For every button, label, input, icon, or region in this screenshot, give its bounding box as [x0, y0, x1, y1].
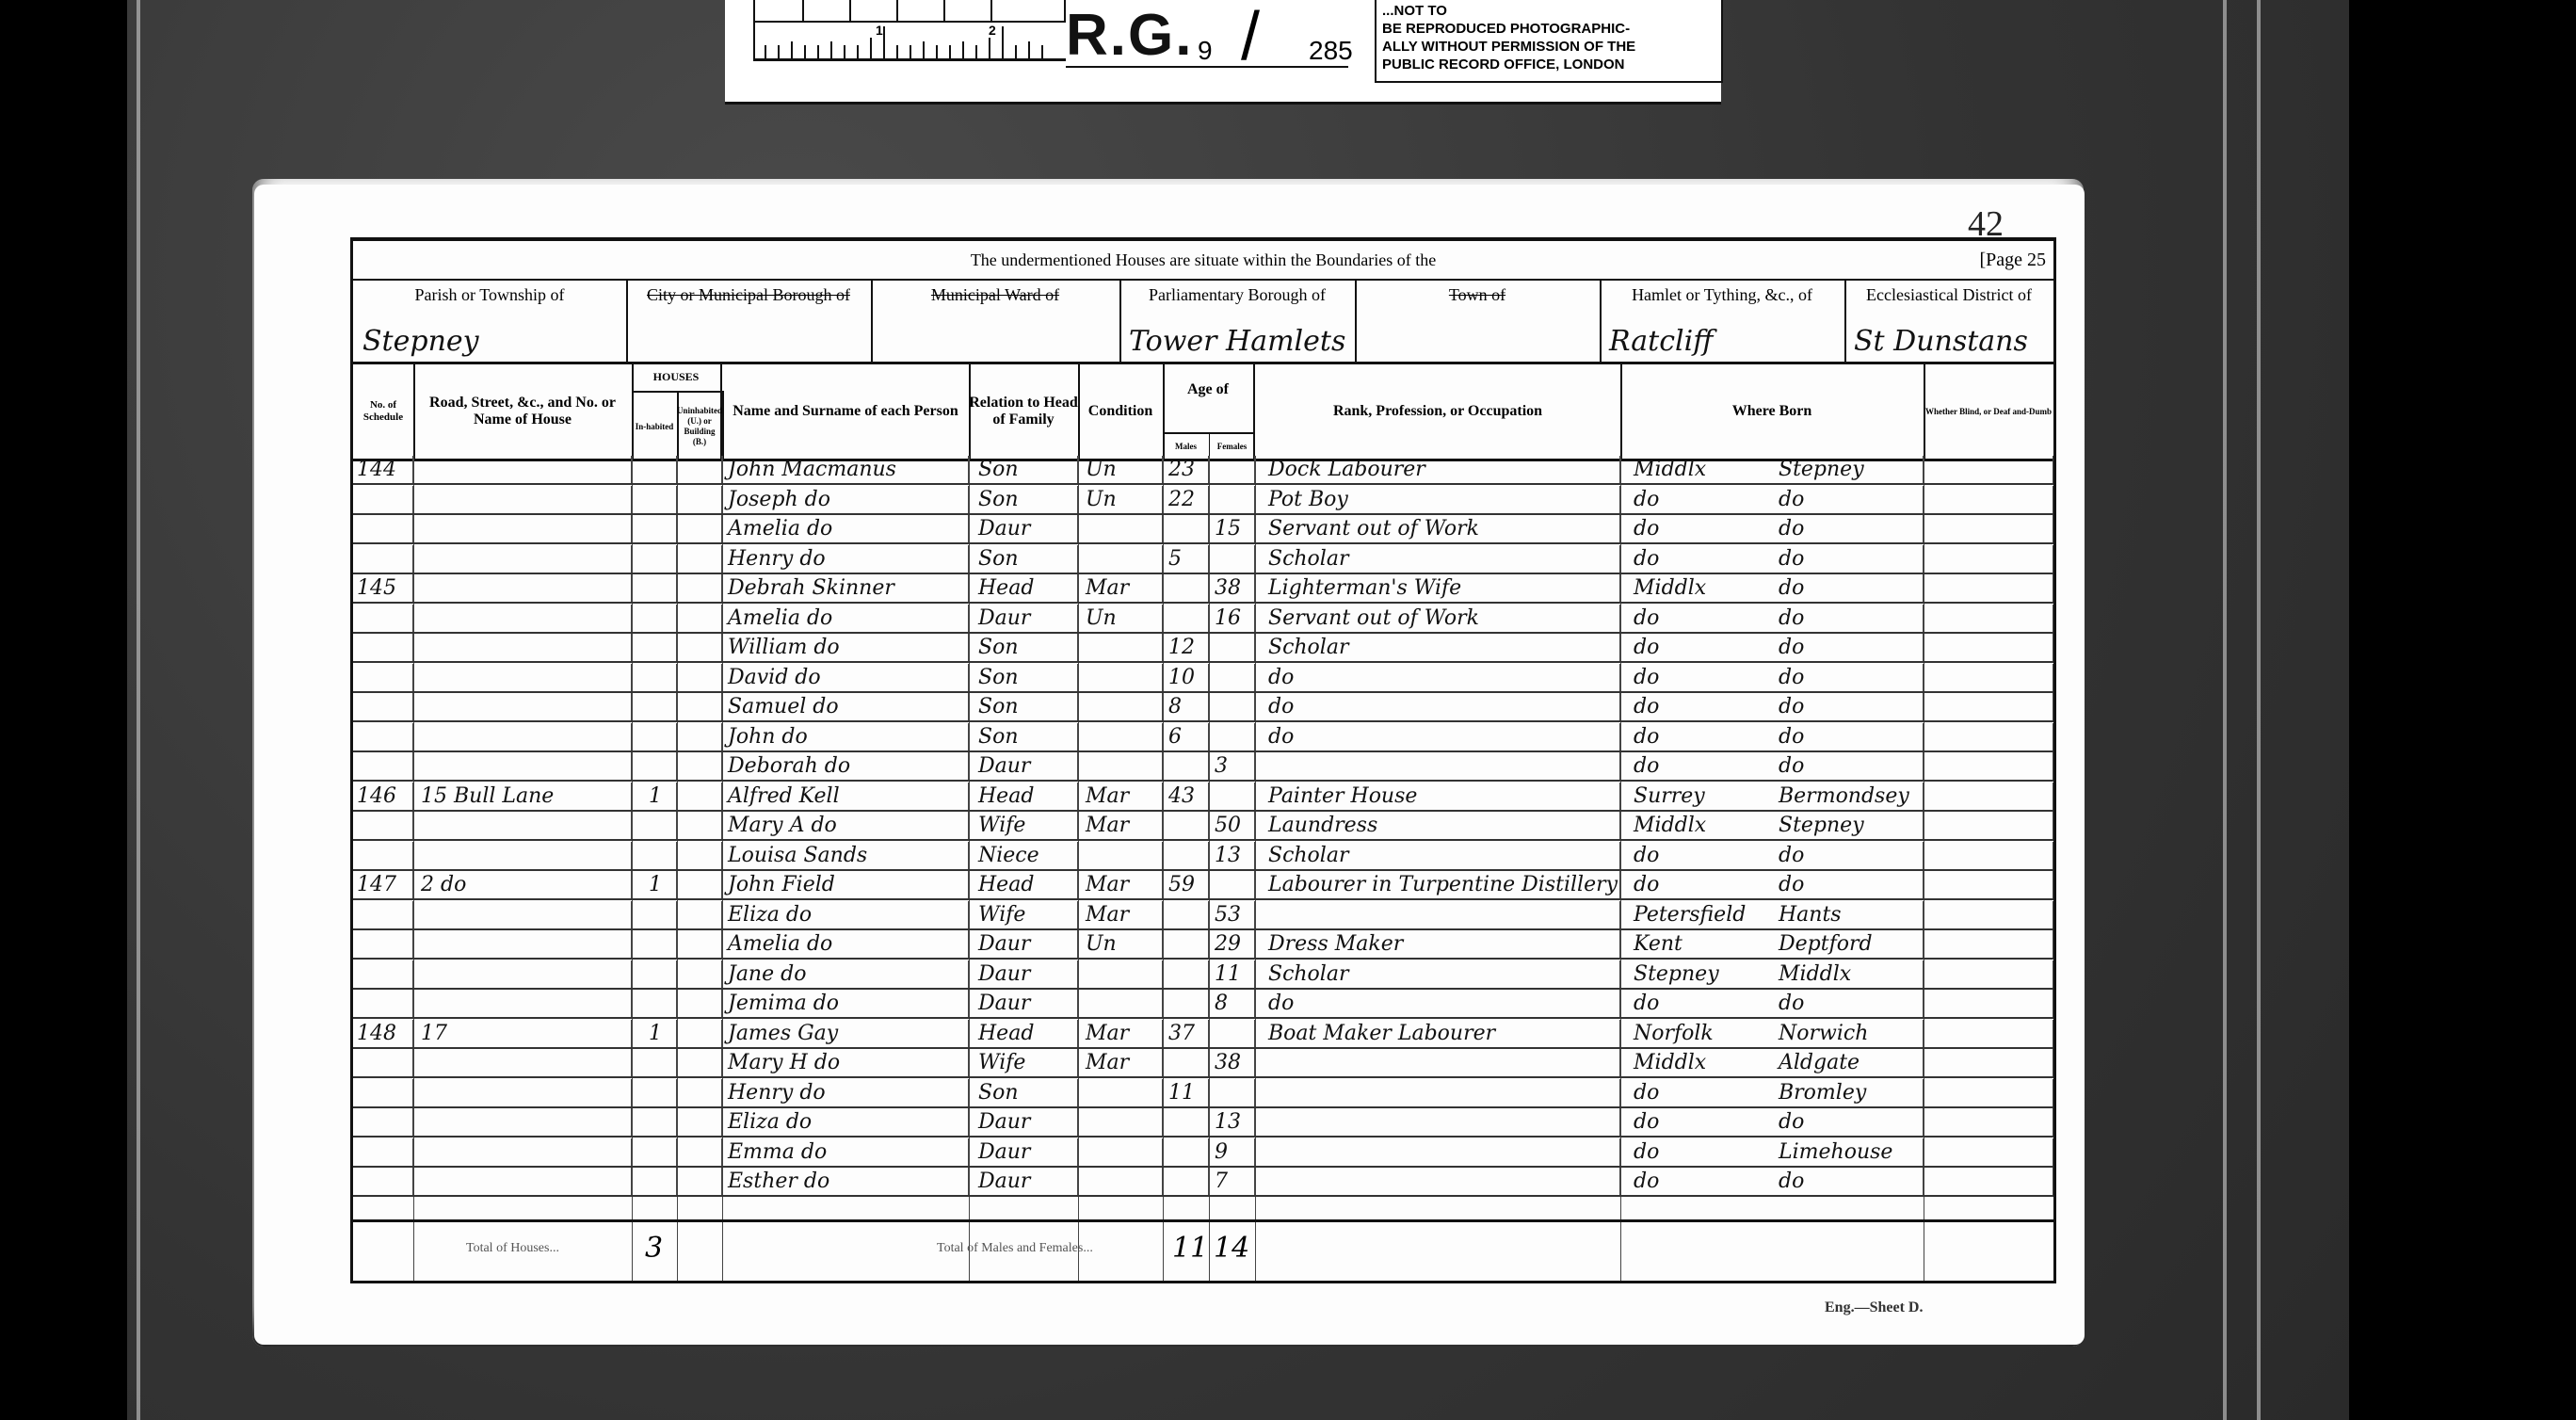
table-row: Amelia doDaur15Servant out of Workdodo: [353, 515, 2053, 544]
cell-condition: [1078, 723, 1163, 750]
cell-name: Eliza do: [722, 1108, 969, 1136]
cell-born-county: do: [1620, 605, 1771, 632]
cell-born-place: Bromley: [1771, 1079, 1924, 1106]
cell-born-place: do: [1771, 1168, 1924, 1195]
cell-born-county: do: [1620, 486, 1771, 513]
cell-relation: Daur: [969, 1138, 1078, 1166]
cell-address: [413, 960, 632, 988]
cell-condition: [1078, 515, 1163, 542]
cell-inhabited: [632, 634, 677, 661]
cell-inhabited: [632, 930, 677, 958]
cell-address: [413, 693, 632, 720]
cell-born-county: Petersfield: [1620, 901, 1771, 928]
cell-uninhabited: [677, 812, 722, 839]
table-row: Eliza doDaur13dodo: [353, 1108, 2053, 1138]
cell-born-county: do: [1620, 1138, 1771, 1166]
cell-inhabited: [632, 574, 677, 602]
cell-name: John Field: [722, 871, 969, 898]
cell-inhabited: [632, 693, 677, 720]
cell-born-place: do: [1771, 871, 1924, 898]
cell-born-county: do: [1620, 842, 1771, 869]
cell-inhabited: 1: [632, 1020, 677, 1047]
cell-condition: Mar: [1078, 812, 1163, 839]
cell-address: [413, 752, 632, 780]
cell-female: 9: [1209, 1138, 1255, 1166]
scale-ruler: 1 2: [753, 0, 1066, 61]
cell-schedule: [353, 664, 413, 691]
cell-inhabited: [632, 486, 677, 513]
cell-uninhabited: [677, 871, 722, 898]
cell-occupation: Servant out of Work: [1255, 515, 1620, 542]
reference-card: 1 2 R.G. 9 / 285 ...NOT TO BE REPRODUCED…: [725, 0, 1721, 105]
cell-born-place: do: [1771, 723, 1924, 750]
cell-relation: Son: [969, 693, 1078, 720]
cell-uninhabited: [677, 664, 722, 691]
cell-female: 15: [1209, 515, 1255, 542]
total-houses-value: 3: [645, 1232, 663, 1265]
cell-relation: Daur: [969, 1168, 1078, 1195]
cell-female: 11: [1209, 960, 1255, 988]
cell-male: [1163, 842, 1209, 869]
cell-occupation: Dress Maker: [1255, 930, 1620, 958]
cell-relation: Daur: [969, 1108, 1078, 1136]
cell-blind: [1924, 456, 2053, 483]
cell-born-place: Limehouse: [1771, 1138, 1924, 1166]
cell-occupation: Scholar: [1255, 545, 1620, 573]
table-row: Eliza doWifeMar53PetersfieldHants: [353, 901, 2053, 930]
cell-born-place: Norwich: [1771, 1020, 1924, 1047]
form-footer: Eng.—Sheet D.: [1825, 1299, 1923, 1316]
cell-inhabited: [632, 664, 677, 691]
cell-condition: Un: [1078, 456, 1163, 483]
col-schedule: No. of Schedule: [353, 364, 415, 459]
table-row: John doSon6dododo: [353, 723, 2053, 752]
cell-born-county: Kent: [1620, 930, 1771, 958]
cell-schedule: [353, 812, 413, 839]
cell-name: Henry do: [722, 545, 969, 573]
cell-born-county: Middlx: [1620, 456, 1771, 483]
cell-schedule: [353, 515, 413, 542]
cell-blind: [1924, 515, 2053, 542]
cell-female: [1209, 634, 1255, 661]
cell-born-county: do: [1620, 693, 1771, 720]
cell-relation: Son: [969, 1079, 1078, 1106]
cell-address: [413, 574, 632, 602]
cell-born-place: Aldgate: [1771, 1049, 1924, 1076]
cell-blind: [1924, 574, 2053, 602]
table-row: Louisa SandsNiece13Scholardodo: [353, 842, 2053, 871]
cell-schedule: [353, 1168, 413, 1195]
cell-blind: [1924, 693, 2053, 720]
cell-born-county: do: [1620, 545, 1771, 573]
cell-name: Jane do: [722, 960, 969, 988]
cell-born-place: do: [1771, 605, 1924, 632]
page-number: [Page 25: [1979, 241, 2046, 279]
cell-inhabited: [632, 812, 677, 839]
film-edge-line: [137, 0, 140, 1420]
cell-occupation: Servant out of Work: [1255, 605, 1620, 632]
cell-address: [413, 842, 632, 869]
cell-name: Esther do: [722, 1168, 969, 1195]
cell-born-county: Middlx: [1620, 1049, 1771, 1076]
cell-schedule: [353, 752, 413, 780]
cell-occupation: [1255, 1168, 1620, 1195]
col-age: Age of Males Females: [1163, 364, 1255, 459]
cell-name: Amelia do: [722, 930, 969, 958]
cell-female: 13: [1209, 842, 1255, 869]
cell-uninhabited: [677, 1079, 722, 1106]
cell-male: [1163, 515, 1209, 542]
cell-born-place: do: [1771, 990, 1924, 1017]
table-row: 148171James GayHeadMar37Boat Maker Labou…: [353, 1020, 2053, 1049]
cell-female: [1209, 545, 1255, 573]
cell-inhabited: [632, 752, 677, 780]
cell-address: [413, 545, 632, 573]
cell-condition: [1078, 842, 1163, 869]
cell-born-place: do: [1771, 752, 1924, 780]
cell-male: [1163, 1168, 1209, 1195]
cell-condition: [1078, 1168, 1163, 1195]
notice-line: BE REPRODUCED PHOTOGRAPHIC-: [1382, 20, 1715, 38]
table-row: Jemima doDaur8dododo: [353, 990, 2053, 1019]
cell-inhabited: [632, 842, 677, 869]
cell-relation: Daur: [969, 605, 1078, 632]
cell-condition: [1078, 990, 1163, 1017]
cell-born-place: do: [1771, 634, 1924, 661]
cell-male: [1163, 960, 1209, 988]
slash-glyph: /: [1241, 0, 1260, 75]
cell-uninhabited: [677, 960, 722, 988]
cell-relation: Son: [969, 723, 1078, 750]
cell-born-place: Bermondsey: [1771, 783, 1924, 810]
cell-address: [413, 605, 632, 632]
cell-born-county: Middlx: [1620, 812, 1771, 839]
totals-row: Total of Houses... 3 Total of Males and …: [353, 1219, 2053, 1281]
table-row: Amelia doDaurUn29Dress MakerKentDeptford: [353, 930, 2053, 960]
table-row: Samuel doSon8dododo: [353, 693, 2053, 722]
cell-born-place: do: [1771, 664, 1924, 691]
cell-condition: Mar: [1078, 574, 1163, 602]
col-uninhabited: Uninhabited (U.) or Building (B.): [677, 391, 724, 460]
cell-uninhabited: [677, 1020, 722, 1047]
boundary-label: Hamlet or Tything, &c., of: [1600, 284, 1844, 305]
cell-uninhabited: [677, 783, 722, 810]
cell-schedule: 145: [353, 574, 413, 602]
cell-relation: Son: [969, 486, 1078, 513]
cell-condition: [1078, 960, 1163, 988]
houses-label: HOUSES: [653, 368, 700, 385]
cell-relation: Niece: [969, 842, 1078, 869]
cell-relation: Head: [969, 871, 1078, 898]
age-subheaders: Males Females: [1163, 432, 1253, 459]
cell-male: 37: [1163, 1020, 1209, 1047]
copyright-notice: ...NOT TO BE REPRODUCED PHOTOGRAPHIC- AL…: [1375, 0, 1723, 83]
film-edge-line: [2257, 0, 2261, 1420]
boundary-label: Ecclesiastical District of: [1844, 284, 2053, 305]
record-piece: 285: [1309, 36, 1353, 66]
cell-condition: Un: [1078, 930, 1163, 958]
cell-name: Samuel do: [722, 693, 969, 720]
table-row: Henry doSon11doBromley: [353, 1079, 2053, 1108]
cell-name: Eliza do: [722, 901, 969, 928]
col-address: Road, Street, &c., and No. or Name of Ho…: [413, 364, 634, 459]
cell-uninhabited: [677, 486, 722, 513]
cell-uninhabited: [677, 1108, 722, 1136]
cell-blind: [1924, 1168, 2053, 1195]
cell-condition: [1078, 752, 1163, 780]
cell-schedule: [353, 901, 413, 928]
cell-inhabited: [632, 901, 677, 928]
notice-line: ALLY WITHOUT PERMISSION OF THE: [1382, 38, 1715, 56]
notice-line: PUBLIC RECORD OFFICE, LONDON: [1382, 56, 1715, 73]
boundary-label: Municipal Ward of: [871, 284, 1119, 305]
cell-blind: [1924, 1020, 2053, 1047]
cell-address: [413, 486, 632, 513]
table-row: David doSon10dododo: [353, 664, 2053, 693]
cell-relation: Head: [969, 783, 1078, 810]
cell-female: [1209, 723, 1255, 750]
cell-male: 22: [1163, 486, 1209, 513]
cell-name: David do: [722, 664, 969, 691]
cell-address: [413, 1049, 632, 1076]
cell-schedule: [353, 960, 413, 988]
boundary-parliamentary-borough: Parliamentary Borough of Tower Hamlets: [1119, 279, 1357, 362]
table-row: 14615 Bull Lane1Alfred KellHeadMar43Pain…: [353, 783, 2053, 812]
cell-male: 12: [1163, 634, 1209, 661]
cell-male: [1163, 605, 1209, 632]
boundary-hamlet: Hamlet or Tything, &c., of Ratcliff: [1600, 279, 1846, 362]
cell-schedule: 147: [353, 871, 413, 898]
cell-uninhabited: [677, 1049, 722, 1076]
cell-born-county: do: [1620, 1168, 1771, 1195]
cell-uninhabited: [677, 901, 722, 928]
cell-female: [1209, 486, 1255, 513]
cell-schedule: [353, 723, 413, 750]
cell-born-county: Stepney: [1620, 960, 1771, 988]
cell-occupation: [1255, 1079, 1620, 1106]
col-relation: Relation to Head of Family: [969, 364, 1080, 459]
cell-address: [413, 990, 632, 1017]
cell-name: Debrah Skinner: [722, 574, 969, 602]
cell-occupation: [1255, 901, 1620, 928]
cell-condition: [1078, 1108, 1163, 1136]
cell-condition: Mar: [1078, 871, 1163, 898]
cell-born-county: do: [1620, 634, 1771, 661]
cell-address: [413, 1108, 632, 1136]
boundary-town: Town of: [1355, 279, 1602, 362]
cell-condition: Mar: [1078, 783, 1163, 810]
notice-line: ...NOT TO: [1382, 2, 1715, 20]
cell-uninhabited: [677, 634, 722, 661]
cell-uninhabited: [677, 693, 722, 720]
cell-occupation: Laundress: [1255, 812, 1620, 839]
cell-uninhabited: [677, 605, 722, 632]
cell-born-county: do: [1620, 1108, 1771, 1136]
cell-address: 15 Bull Lane: [413, 783, 632, 810]
cell-male: [1163, 1138, 1209, 1166]
cell-address: [413, 634, 632, 661]
cell-female: [1209, 783, 1255, 810]
cell-male: 23: [1163, 456, 1209, 483]
cell-occupation: do: [1255, 990, 1620, 1017]
cell-inhabited: [632, 1108, 677, 1136]
cell-male: [1163, 752, 1209, 780]
boundary-label: Parish or Township of: [353, 284, 626, 305]
cell-name: Jemima do: [722, 990, 969, 1017]
cell-occupation: Pot Boy: [1255, 486, 1620, 513]
cell-schedule: [353, 693, 413, 720]
cell-uninhabited: [677, 930, 722, 958]
cell-male: [1163, 1049, 1209, 1076]
cell-inhabited: [632, 1168, 677, 1195]
cell-condition: Un: [1078, 605, 1163, 632]
cell-male: 6: [1163, 723, 1209, 750]
cell-female: 29: [1209, 930, 1255, 958]
cell-condition: Mar: [1078, 1049, 1163, 1076]
col-name: Name and Surname of each Person: [722, 364, 971, 459]
cell-born-county: Surrey: [1620, 783, 1771, 810]
cell-address: [413, 901, 632, 928]
cell-female: [1209, 1020, 1255, 1047]
cell-blind: [1924, 783, 2053, 810]
cell-born-place: do: [1771, 1108, 1924, 1136]
table-row: 145Debrah SkinnerHeadMar38Lighterman's W…: [353, 574, 2053, 604]
cell-uninhabited: [677, 1138, 722, 1166]
cell-uninhabited: [677, 515, 722, 542]
cell-female: 13: [1209, 1108, 1255, 1136]
cell-inhabited: [632, 515, 677, 542]
cell-blind: [1924, 990, 2053, 1017]
cell-schedule: [353, 930, 413, 958]
cell-relation: Daur: [969, 960, 1078, 988]
cell-schedule: [353, 1049, 413, 1076]
cell-relation: Daur: [969, 930, 1078, 958]
boundary-ecclesiastical-district: Ecclesiastical District of St Dunstans: [1844, 279, 2053, 362]
cell-occupation: Dock Labourer: [1255, 456, 1620, 483]
cell-relation: Son: [969, 664, 1078, 691]
cell-name: Mary H do: [722, 1049, 969, 1076]
cell-blind: [1924, 812, 2053, 839]
cell-address: 2 do: [413, 871, 632, 898]
cell-name: Amelia do: [722, 515, 969, 542]
cell-born-county: Middlx: [1620, 574, 1771, 602]
cell-blind: [1924, 930, 2053, 958]
cell-born-place: Middlx: [1771, 960, 1924, 988]
cell-schedule: [353, 605, 413, 632]
cell-born-place: do: [1771, 842, 1924, 869]
cell-uninhabited: [677, 574, 722, 602]
table-row: Joseph doSonUn22Pot Boydodo: [353, 486, 2053, 515]
col-occupation: Rank, Profession, or Occupation: [1255, 364, 1622, 459]
cell-blind: [1924, 664, 2053, 691]
record-class: 9: [1198, 36, 1213, 66]
cell-schedule: [353, 1108, 413, 1136]
cell-condition: [1078, 1138, 1163, 1166]
cell-blind: [1924, 1138, 2053, 1166]
cell-blind: [1924, 1108, 2053, 1136]
column-headers: No. of Schedule Road, Street, &c., and N…: [353, 362, 2053, 461]
table-row: Jane doDaur11ScholarStepneyMiddlx: [353, 960, 2053, 990]
cell-born-county: do: [1620, 664, 1771, 691]
cell-blind: [1924, 545, 2053, 573]
cell-born-place: Stepney: [1771, 456, 1924, 483]
cell-relation: Wife: [969, 1049, 1078, 1076]
cell-born-place: do: [1771, 574, 1924, 602]
cell-born-county: do: [1620, 990, 1771, 1017]
cell-male: 43: [1163, 783, 1209, 810]
cell-born-place: do: [1771, 693, 1924, 720]
table-row: 1472 do1John FieldHeadMar59Labourer in T…: [353, 871, 2053, 900]
film-edge-line: [2223, 0, 2227, 1420]
boundary-value: St Dunstans: [1854, 325, 2028, 358]
col-condition: Condition: [1078, 364, 1165, 459]
cell-blind: [1924, 1079, 2053, 1106]
cell-uninhabited: [677, 723, 722, 750]
cell-relation: Wife: [969, 901, 1078, 928]
cell-condition: [1078, 545, 1163, 573]
cell-blind: [1924, 960, 2053, 988]
preamble: The undermentioned Houses are situate wi…: [353, 241, 2053, 281]
table-row: William doSon12Scholardodo: [353, 634, 2053, 663]
cell-name: Alfred Kell: [722, 783, 969, 810]
cell-born-place: Deptford: [1771, 930, 1924, 958]
cell-female: [1209, 456, 1255, 483]
total-males-value: 11: [1172, 1232, 1208, 1265]
cell-condition: [1078, 634, 1163, 661]
cell-relation: Daur: [969, 515, 1078, 542]
cell-relation: Son: [969, 456, 1078, 483]
cell-blind: [1924, 486, 2053, 513]
cell-inhabited: [632, 1138, 677, 1166]
cell-uninhabited: [677, 545, 722, 573]
cell-condition: Un: [1078, 486, 1163, 513]
cell-inhabited: [632, 1079, 677, 1106]
cell-occupation: Boat Maker Labourer: [1255, 1020, 1620, 1047]
cell-male: [1163, 574, 1209, 602]
cell-relation: Son: [969, 634, 1078, 661]
cell-address: [413, 456, 632, 483]
cell-occupation: Labourer in Turpentine Distillery: [1255, 871, 1620, 898]
cell-male: 8: [1163, 693, 1209, 720]
cell-female: 53: [1209, 901, 1255, 928]
cell-name: James Gay: [722, 1020, 969, 1047]
cell-schedule: [353, 545, 413, 573]
cell-condition: Mar: [1078, 1020, 1163, 1047]
cell-born-county: do: [1620, 752, 1771, 780]
cell-name: Louisa Sands: [722, 842, 969, 869]
boundary-parish: Parish or Township of Stepney: [353, 279, 628, 362]
record-series: R.G.: [1066, 2, 1193, 69]
cell-male: 11: [1163, 1079, 1209, 1106]
underline: [1066, 66, 1348, 68]
cell-name: Mary A do: [722, 812, 969, 839]
cell-uninhabited: [677, 1168, 722, 1195]
cell-occupation: [1255, 752, 1620, 780]
cell-female: [1209, 871, 1255, 898]
cell-blind: [1924, 634, 2053, 661]
cell-name: William do: [722, 634, 969, 661]
cell-blind: [1924, 605, 2053, 632]
cell-address: [413, 1168, 632, 1195]
table-row: Mary A doWifeMar50LaundressMiddlxStepney: [353, 812, 2053, 841]
cell-address: [413, 723, 632, 750]
cell-occupation: [1255, 1108, 1620, 1136]
cell-schedule: 148: [353, 1020, 413, 1047]
cell-born-place: Stepney: [1771, 812, 1924, 839]
cell-schedule: [353, 842, 413, 869]
cell-address: [413, 1079, 632, 1106]
cell-female: [1209, 693, 1255, 720]
